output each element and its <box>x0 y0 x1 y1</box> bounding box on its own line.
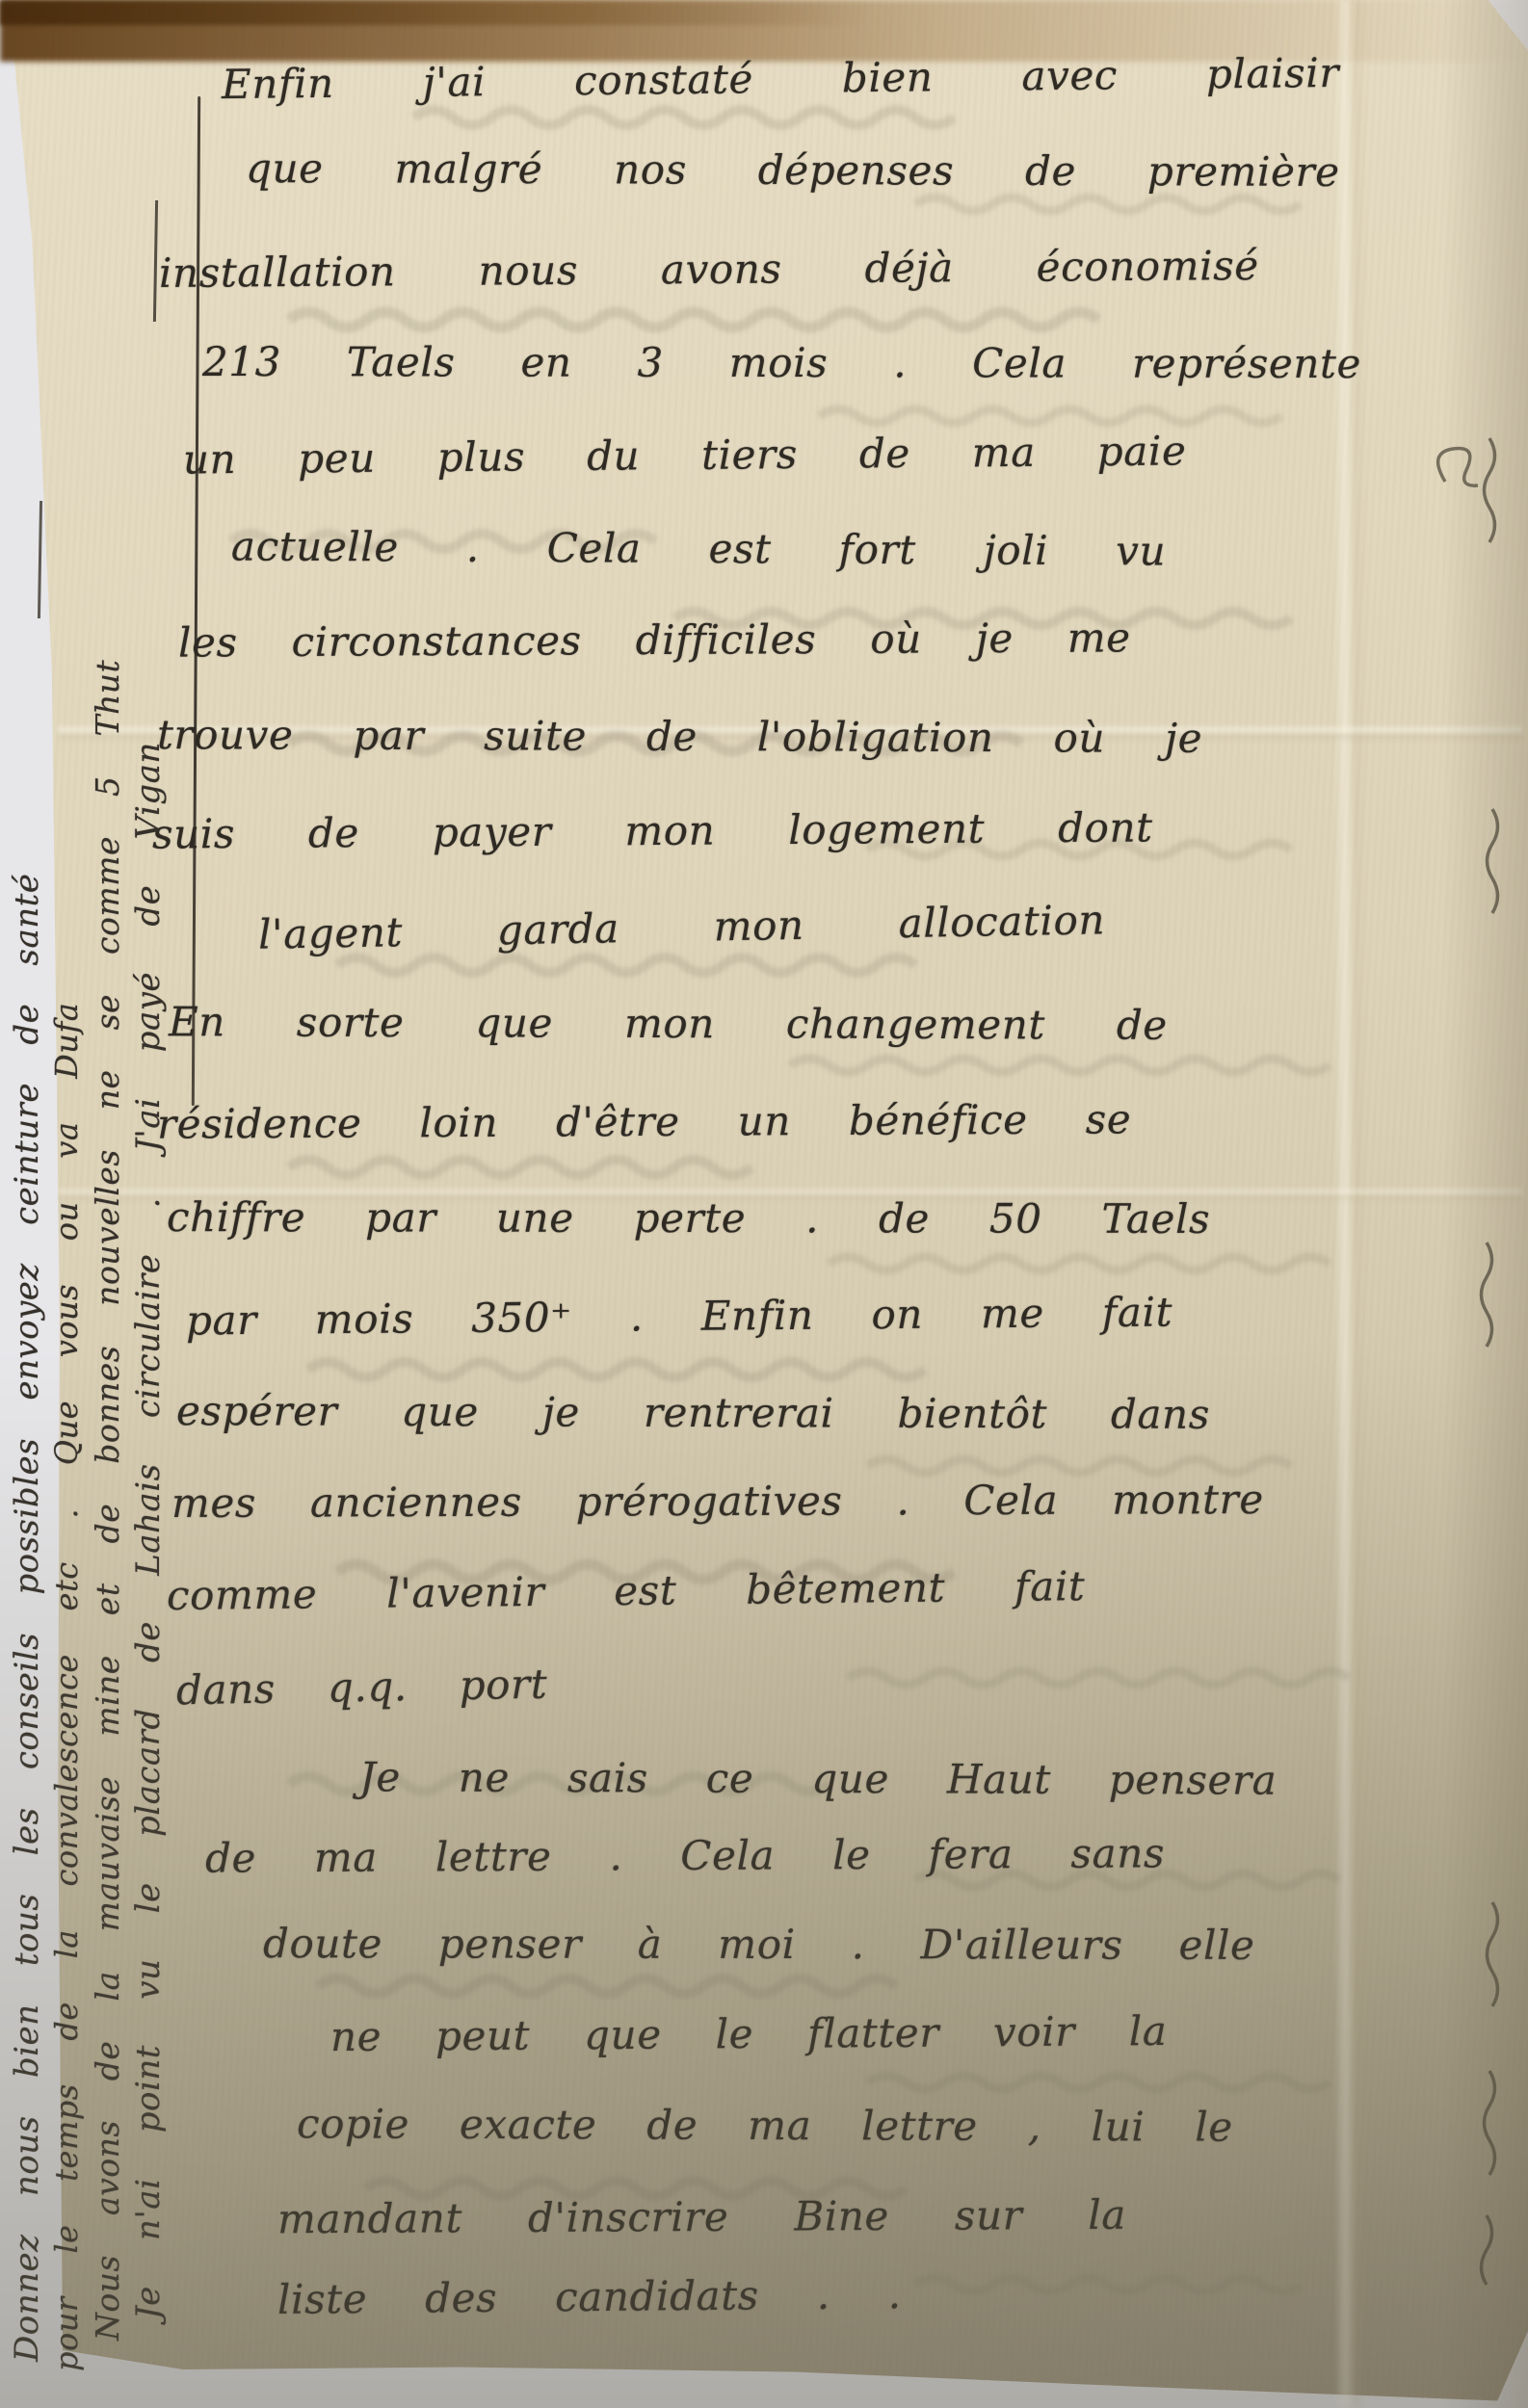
letter-photo: { "document": { "page_type": "handwritte… <box>0 0 1528 2408</box>
bottom-lighting-shade <box>0 0 1528 2408</box>
